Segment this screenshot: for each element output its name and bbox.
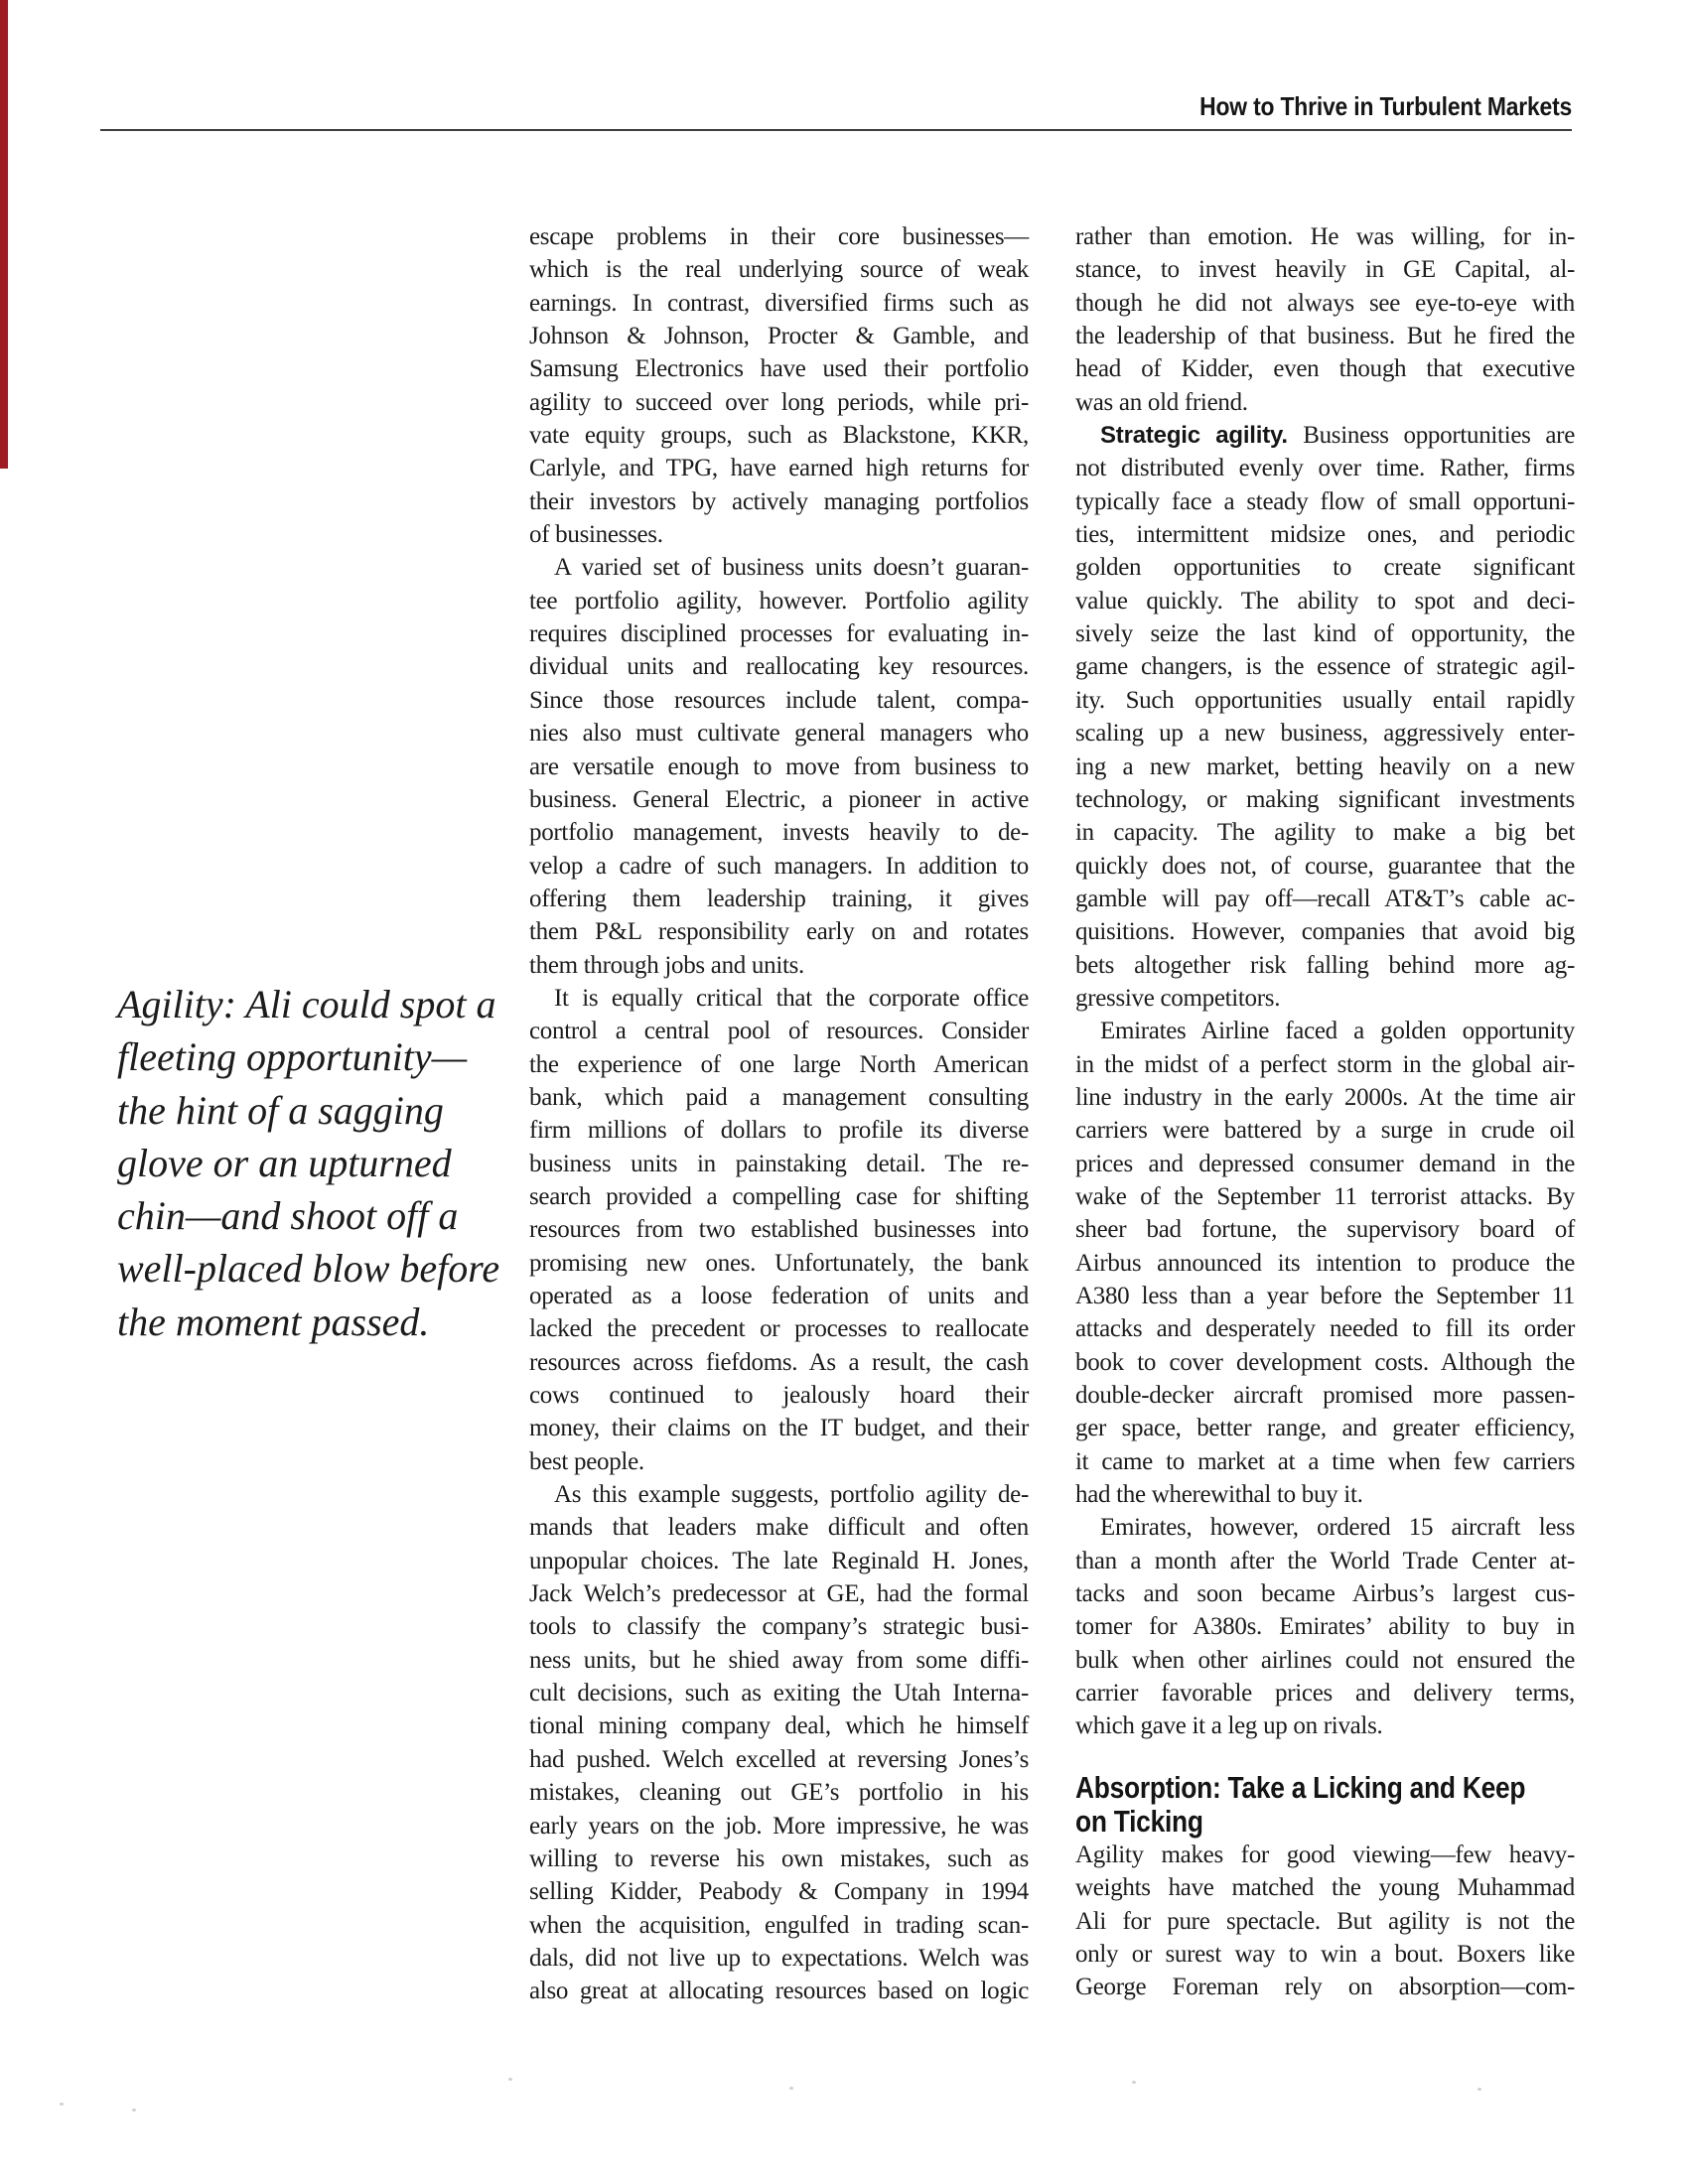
text-line: which is the real underlying source of w… (529, 253, 1029, 286)
print-speck (1132, 2081, 1136, 2084)
text-line: are versatile enough to move from busine… (529, 751, 1029, 783)
text-line: It is equally critical that the corporat… (529, 982, 1029, 1015)
text-line: golden opportunities to create significa… (1075, 551, 1575, 584)
print-speck (508, 2078, 512, 2081)
text-line: them P&L responsibility early on and rot… (529, 915, 1029, 948)
section-heading: Absorption: Take a Licking and Keepon Ti… (1075, 1771, 1500, 1839)
text-line: them through jobs and units. (529, 949, 1029, 982)
text-line: operated as a loose federation of units … (529, 1280, 1029, 1312)
text-line: velop a cadre of such managers. In addit… (529, 850, 1029, 883)
paragraph: A varied set of business units doesn’t g… (529, 551, 1029, 981)
text-line: lacked the precedent or processes to rea… (529, 1312, 1029, 1345)
text-column-left: escape problems in their core businesses… (529, 220, 1029, 2008)
text-line: Ali for pure spectacle. But agility is n… (1075, 1905, 1575, 1938)
text-line: tomer for A380s. Emirates’ ability to bu… (1075, 1610, 1575, 1643)
text-line: willing to reverse his own mistakes, suc… (529, 1843, 1029, 1875)
text-line: not distributed evenly over time. Rather… (1075, 452, 1575, 484)
print-speck (1477, 2088, 1481, 2091)
text-line: George Foreman rely on absorption—com- (1075, 1971, 1575, 2003)
paragraph: It is equally critical that the corporat… (529, 982, 1029, 1478)
pull-quote-line: glove or an upturned (117, 1137, 544, 1189)
print-speck (132, 2109, 136, 2112)
paragraph: Strategic agility. Business opportunitie… (1075, 419, 1575, 1015)
text-line: Since those resources include talent, co… (529, 684, 1029, 717)
paragraph: Agility makes for good viewing—few heavy… (1075, 1839, 1575, 2004)
paragraph: As this example suggests, portfolio agil… (529, 1478, 1029, 2008)
text-line: resources from two established businesse… (529, 1213, 1029, 1246)
text-line: had pushed. Welch excelled at reversing … (529, 1743, 1029, 1776)
text-line: of businesses. (529, 518, 1029, 551)
text-line: Samsung Electronics have used their port… (529, 352, 1029, 385)
text-line: promising new ones. Unfortunately, the b… (529, 1247, 1029, 1280)
text-line: carriers were battered by a surge in cru… (1075, 1114, 1575, 1147)
text-line: dals, did not live up to expectations. W… (529, 1942, 1029, 1975)
pull-quote-line: fleeting opportunity— (117, 1030, 544, 1083)
text-line: early years on the job. More impressive,… (529, 1810, 1029, 1843)
text-line: quisitions. However, companies that avoi… (1075, 915, 1575, 948)
text-line: offering them leadership training, it gi… (529, 883, 1029, 915)
text-line: in capacity. The agility to make a big b… (1075, 816, 1575, 849)
pull-quote: Agility: Ali could spot afleeting opport… (117, 978, 544, 1348)
text-line: quickly does not, of course, guarantee t… (1075, 850, 1575, 883)
text-line: only or surest way to win a bout. Boxers… (1075, 1938, 1575, 1971)
text-line: Agility makes for good viewing—few heavy… (1075, 1839, 1575, 1871)
text-line: cows continued to jealously hoard their (529, 1379, 1029, 1412)
paragraph: Emirates Airline faced a golden opportun… (1075, 1015, 1575, 1511)
pull-quote-line: chin—and shoot off a (117, 1189, 544, 1242)
text-line: ity. Such opportunities usually entail r… (1075, 684, 1575, 717)
text-line: line industry in the early 2000s. At the… (1075, 1081, 1575, 1114)
text-line: best people. (529, 1445, 1029, 1478)
text-line: when the acquisition, engulfed in tradin… (529, 1909, 1029, 1942)
text-line: bulk when other airlines could not ensur… (1075, 1644, 1575, 1677)
text-line: mands that leaders make difficult and of… (529, 1511, 1029, 1544)
section-heading-line: on Ticking (1075, 1805, 1500, 1839)
text-line: business units in painstaking detail. Th… (529, 1148, 1029, 1180)
text-line: their investors by actively managing por… (529, 485, 1029, 518)
paragraph: rather than emotion. He was willing, for… (1075, 220, 1575, 419)
text-line: the leadership of that business. But he … (1075, 320, 1575, 352)
text-line: vate equity groups, such as Blackstone, … (529, 419, 1029, 452)
text-line: Strategic agility. Business opportunitie… (1075, 419, 1575, 452)
text-line: unpopular choices. The late Reginald H. … (529, 1545, 1029, 1577)
text-line: was an old friend. (1075, 386, 1575, 419)
pull-quote-line: Agility: Ali could spot a (117, 978, 544, 1030)
text-line: A varied set of business units doesn’t g… (529, 551, 1029, 584)
text-line: ing a new market, betting heavily on a n… (1075, 751, 1575, 783)
text-line: tools to classify the company’s strategi… (529, 1610, 1029, 1643)
text-line: earnings. In contrast, diversified firms… (529, 287, 1029, 320)
running-head: How to Thrive in Turbulent Markets (1199, 91, 1572, 121)
pull-quote-line: the hint of a sagging (117, 1084, 544, 1137)
text-line: gressive competitors. (1075, 982, 1575, 1015)
text-line: wake of the September 11 terrorist attac… (1075, 1180, 1575, 1213)
text-line: in the midst of a perfect storm in the g… (1075, 1048, 1575, 1081)
text-line: bets altogether risk falling behind more… (1075, 949, 1575, 982)
text-line: ties, intermittent midsize ones, and per… (1075, 518, 1575, 551)
text-line: weights have matched the young Muhammad (1075, 1871, 1575, 1904)
paragraph: Emirates, however, ordered 15 aircraft l… (1075, 1511, 1575, 1742)
paragraph: escape problems in their core businesses… (529, 220, 1029, 551)
text-line: game changers, is the essence of strateg… (1075, 650, 1575, 683)
text-column-right: rather than emotion. He was willing, for… (1075, 220, 1575, 2004)
magazine-page: How to Thrive in Turbulent Markets Agili… (0, 0, 1688, 2184)
text-line: Carlyle, and TPG, have earned high retur… (529, 452, 1029, 484)
text-line: selling Kidder, Peabody & Company in 199… (529, 1875, 1029, 1908)
text-line: nies also must cultivate general manager… (529, 717, 1029, 750)
text-line: tee portfolio agility, however. Portfoli… (529, 585, 1029, 617)
text-line: mistakes, cleaning out GE’s portfolio in… (529, 1776, 1029, 1809)
text-line: attacks and desperately needed to fill i… (1075, 1312, 1575, 1345)
text-line: than a month after the World Trade Cente… (1075, 1545, 1575, 1577)
text-line: prices and depressed consumer demand in … (1075, 1148, 1575, 1180)
text-line: value quickly. The ability to spot and d… (1075, 585, 1575, 617)
text-line: Johnson & Johnson, Procter & Gamble, and (529, 320, 1029, 352)
run-in-heading: Strategic agility. (1100, 422, 1303, 449)
text-line: Emirates Airline faced a golden opportun… (1075, 1015, 1575, 1047)
text-line: it came to market at a time when few car… (1075, 1445, 1575, 1478)
text-line: though he did not always see eye-to-eye … (1075, 287, 1575, 320)
text-line: As this example suggests, portfolio agil… (529, 1478, 1029, 1511)
text-line: also great at allocating resources based… (529, 1975, 1029, 2007)
text-line: firm millions of dollars to profile its … (529, 1114, 1029, 1147)
text-line: sheer bad fortune, the supervisory board… (1075, 1213, 1575, 1246)
text-line: agility to succeed over long periods, wh… (529, 386, 1029, 419)
text-line: requires disciplined processes for evalu… (529, 617, 1029, 650)
text-line: book to cover development costs. Althoug… (1075, 1346, 1575, 1379)
text-line: tional mining company deal, which he him… (529, 1709, 1029, 1742)
text-line: head of Kidder, even though that executi… (1075, 352, 1575, 385)
text-line: money, their claims on the IT budget, an… (529, 1412, 1029, 1444)
text-line: dividual units and reallocating key reso… (529, 650, 1029, 683)
text-line: double-decker aircraft promised more pas… (1075, 1379, 1575, 1412)
text-line: escape problems in their core businesses… (529, 220, 1029, 253)
text-line: the experience of one large North Americ… (529, 1048, 1029, 1081)
text-line: carrier favorable prices and delivery te… (1075, 1677, 1575, 1709)
header-rule-divider (100, 129, 1572, 131)
text-line: A380 less than a year before the Septemb… (1075, 1280, 1575, 1312)
pull-quote-line: the moment passed. (117, 1296, 544, 1348)
section-heading-line: Absorption: Take a Licking and Keep (1075, 1771, 1500, 1805)
pull-quote-line: well-placed blow before (117, 1242, 544, 1295)
text-line: portfolio management, invests heavily to… (529, 816, 1029, 849)
text-line: typically face a steady flow of small op… (1075, 485, 1575, 518)
text-line: ness units, but he shied away from some … (529, 1644, 1029, 1677)
text-line: business. General Electric, a pioneer in… (529, 783, 1029, 816)
text-line: tacks and soon became Airbus’s largest c… (1075, 1577, 1575, 1610)
accent-bar (0, 0, 8, 469)
text-line: sively seize the last kind of opportunit… (1075, 617, 1575, 650)
text-line: stance, to invest heavily in GE Capital,… (1075, 253, 1575, 286)
text-line: rather than emotion. He was willing, for… (1075, 220, 1575, 253)
text-line: cult decisions, such as exiting the Utah… (529, 1677, 1029, 1709)
text-line: scaling up a new business, aggressively … (1075, 717, 1575, 750)
print-speck (789, 2087, 793, 2090)
text-line: resources across fiefdoms. As a result, … (529, 1346, 1029, 1379)
text-line: which gave it a leg up on rivals. (1075, 1709, 1575, 1742)
text-line: Jack Welch’s predecessor at GE, had the … (529, 1577, 1029, 1610)
text-line: technology, or making significant invest… (1075, 783, 1575, 816)
text-line: Airbus announced its intention to produc… (1075, 1247, 1575, 1280)
text-line: gamble will pay off—recall AT&T’s cable … (1075, 883, 1575, 915)
text-line: control a central pool of resources. Con… (529, 1015, 1029, 1047)
text-line: search provided a compelling case for sh… (529, 1180, 1029, 1213)
text-line: ger space, better range, and greater eff… (1075, 1412, 1575, 1444)
print-speck (60, 2103, 64, 2106)
text-line: Emirates, however, ordered 15 aircraft l… (1075, 1511, 1575, 1544)
text-line: had the wherewithal to buy it. (1075, 1478, 1575, 1511)
text-line: bank, which paid a management consulting (529, 1081, 1029, 1114)
